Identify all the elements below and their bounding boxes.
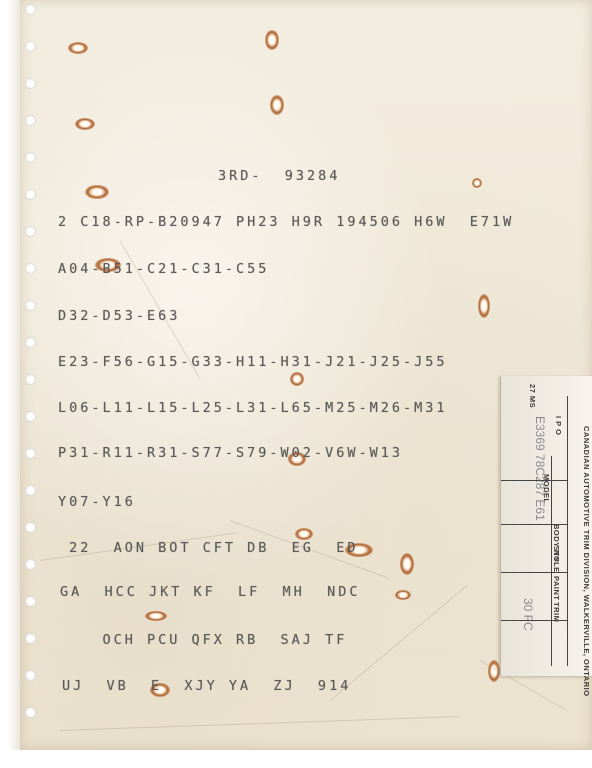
perforation-hole bbox=[25, 596, 36, 607]
perforation-hole bbox=[25, 633, 36, 644]
tag-rule bbox=[567, 396, 568, 666]
sheet-line-2: A04-B51-C21-C31-C55 bbox=[58, 261, 269, 277]
tag-rule bbox=[501, 620, 567, 621]
perforation-hole bbox=[25, 670, 36, 681]
sheet-line-9: GA HCC JKT KF LF MH NDC bbox=[60, 584, 360, 600]
perforation-hole bbox=[25, 115, 36, 126]
burn-mark bbox=[75, 118, 95, 130]
burn-mark bbox=[295, 528, 313, 540]
burn-mark bbox=[265, 30, 279, 50]
sheet-line-6: P31-R11-R31-S77-S79-W02-V6W-W13 bbox=[58, 445, 403, 461]
perforation-hole bbox=[25, 152, 36, 163]
perforation-hole bbox=[25, 78, 36, 89]
perforation-hole bbox=[25, 41, 36, 52]
perforation-hole bbox=[25, 411, 36, 422]
perforation-hole bbox=[25, 485, 36, 496]
trim-tag: CANADIAN AUTOMOTIVE TRIM DIVISION, WALKE… bbox=[500, 376, 592, 676]
paper-left-strip bbox=[8, 0, 20, 750]
tag-rule bbox=[501, 572, 567, 573]
tag-rule bbox=[501, 480, 567, 481]
tag-handwritten-body: E3369 78C287 E61 bbox=[533, 416, 547, 521]
perforation-hole bbox=[25, 707, 36, 718]
burn-mark bbox=[478, 294, 490, 318]
tag-label-paint: PAINT bbox=[552, 576, 561, 600]
perforation-hole bbox=[25, 300, 36, 311]
burn-mark bbox=[68, 42, 88, 54]
burn-mark bbox=[290, 372, 304, 386]
sheet-header: 3RD- 93284 bbox=[218, 168, 340, 184]
sheet-line-4: E23-F56-G15-G33-H11-H31-J21-J25-J55 bbox=[58, 354, 447, 370]
perforation-hole bbox=[25, 4, 36, 15]
perforation-hole bbox=[25, 226, 36, 237]
perforation-hole bbox=[25, 263, 36, 274]
tag-label-style: STYLE bbox=[552, 546, 561, 573]
perforation-hole bbox=[25, 337, 36, 348]
sheet-line-8: 22 AON BOT CFT DB EG ED bbox=[58, 540, 358, 556]
tag-label-top: 27 MS bbox=[528, 384, 537, 408]
sheet-line-7: Y07-Y16 bbox=[58, 494, 136, 510]
burn-mark bbox=[472, 178, 482, 188]
perforation-hole bbox=[25, 559, 36, 570]
tag-handwritten-trim: 30 FC bbox=[521, 598, 535, 631]
tag-label-ipo: I P O bbox=[554, 416, 563, 435]
sheet-line-5: L06-L11-L15-L25-L31-L65-M25-M26-M31 bbox=[58, 400, 447, 416]
sheet-line-11: UJ VB E XJY YA ZJ 914 bbox=[62, 678, 351, 694]
perforation-hole bbox=[25, 189, 36, 200]
tag-title: CANADIAN AUTOMOTIVE TRIM DIVISION, WALKE… bbox=[582, 426, 591, 697]
sheet-line-10: OCH PCU QFX RB SAJ TF bbox=[58, 632, 347, 648]
burn-mark bbox=[395, 590, 411, 600]
perforation-hole bbox=[25, 448, 36, 459]
perforation-hole bbox=[25, 374, 36, 385]
tag-rule bbox=[501, 524, 567, 525]
sheet-line-1: 2 C18-RP-B20947 PH23 H9R 194506 H6W E71W bbox=[58, 214, 514, 230]
burn-mark bbox=[270, 95, 284, 115]
burn-mark bbox=[145, 611, 167, 621]
burn-mark bbox=[85, 185, 109, 199]
perforation-hole bbox=[25, 522, 36, 533]
burn-mark bbox=[400, 553, 414, 575]
tag-rule bbox=[551, 456, 552, 666]
sheet-line-3: D32-D53-E63 bbox=[58, 308, 180, 324]
